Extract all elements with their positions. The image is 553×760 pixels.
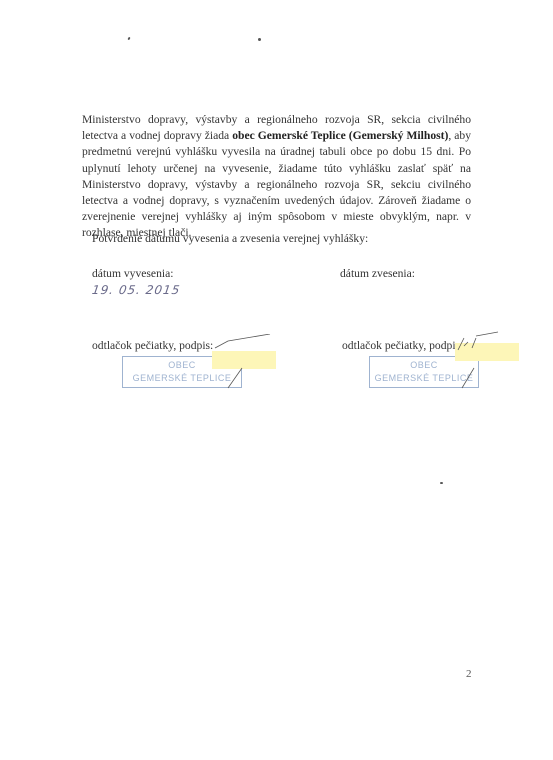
posting-date-value: 19. 05. 2015 bbox=[91, 283, 181, 297]
stamp-line-2: GEMERSKÉ TEPLICE bbox=[374, 372, 474, 385]
stamp-line-2: GEMERSKÉ TEPLICE bbox=[127, 372, 237, 385]
confirmation-heading: Potvrdenie dátumu vyvesenia a zvesenia v… bbox=[92, 232, 368, 245]
left-signature-label: odtlačok pečiatky, podpis: bbox=[92, 339, 213, 352]
paragraph-rest: , aby predmetnú verejnú vyhlášku vyvesil… bbox=[82, 129, 471, 239]
scan-speck bbox=[258, 38, 261, 41]
scan-speck bbox=[440, 482, 443, 484]
left-signature-redaction bbox=[212, 351, 276, 369]
scan-speck bbox=[127, 37, 130, 41]
right-signature-label: odtlačok pečiatky, podpis: bbox=[342, 339, 463, 352]
removal-date-label: dátum zvesenia: bbox=[340, 267, 415, 280]
request-paragraph: Ministerstvo dopravy, výstavby a regioná… bbox=[82, 112, 471, 242]
right-signature-redaction bbox=[455, 343, 519, 361]
posting-date-label: dátum vyvesenia: bbox=[92, 267, 173, 280]
page-number: 2 bbox=[466, 668, 472, 680]
municipality-name: obec Gemerské Teplice (Gemerský Milhost) bbox=[232, 129, 448, 142]
